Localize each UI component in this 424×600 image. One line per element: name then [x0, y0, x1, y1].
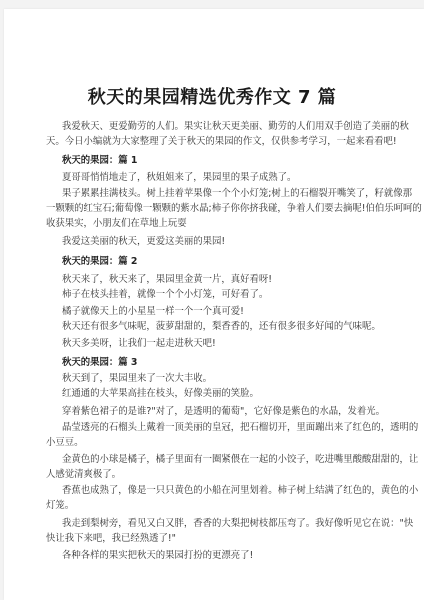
- paragraph-line: 柿子在枝头挂着，就像一个个小灯笼，可好看了。: [62, 289, 268, 301]
- paragraph-line: 小豆豆。: [46, 437, 84, 449]
- paragraph-line: 秋天还有很多气味呢，菠萝甜甜的，梨香香的，还有很多很多好闻的气味呢。: [62, 321, 381, 333]
- paragraph-line: 一颗颗的红宝石;葡萄像一颗颗的紫水晶;柿子你你挤我碰，争着人们要去摘呢!伯伯乐呵…: [46, 203, 422, 215]
- intro-line: 我爱秋天、更爱勤劳的人们。果实让秋天更美丽、勤劳的人们用双手创造了美丽的秋: [62, 121, 409, 133]
- paragraph-line: 红通通的大苹果高挂在枝头，好像美丽的笑脸。: [62, 388, 259, 400]
- intro-line: 天。今日小编就为大家整理了关于秋天的果园的作文，仅供参考学习，一起来看看吧!: [46, 136, 397, 148]
- paragraph-line: 我走到梨树旁，看见又白又胖，香香的大梨把树枝都压弯了。我好像听见它在说："快: [62, 518, 413, 530]
- paragraph-line: 夏哥哥悄悄地走了，秋姐姐来了，果园里的果子成熟了。: [62, 172, 296, 184]
- paragraph-line: 秋天多美呀，让我们一起走进秋天吧!: [62, 338, 216, 350]
- paragraph-line: 金黄色的小球是橘子，橘子里面有一圈紧偎在一起的小饺子，吃进嘴里酸酸甜甜的，让: [62, 454, 418, 466]
- document-title: 秋天的果园精选优秀作文 7 篇: [0, 83, 424, 109]
- paragraph-line: 各种各样的果实把秋天的果园打扮的更漂亮了!: [62, 550, 253, 562]
- paragraph-line: 穿着紫色裙子的是谁?"对了，是透明的葡萄"，它好像是紫色的水晶，发着光。: [62, 406, 385, 418]
- paragraph-line: 灯笼。: [46, 500, 74, 512]
- paragraph-line: 橘子就像天上的小星星一样一个一个真可爱!: [62, 306, 244, 318]
- paragraph-line: 人感觉清爽极了。: [46, 469, 121, 481]
- paragraph-line: 晶莹透亮的石榴头上戴着一顶美丽的皇冠，把石榴切开，里面蹦出来了红色的，透明的: [62, 422, 418, 434]
- paragraph-line: 我爱这美丽的秋天，更爱这美丽的果园!: [62, 236, 225, 248]
- paragraph-line: 果子累累挂满枝头。树上挂着苹果像一个个小灯笼;树上的石榴裂开嘴笑了，籽就像那: [62, 188, 412, 200]
- paragraph-line: 秋天到了，果园里来了一次大丰收。: [62, 373, 212, 385]
- essay-heading: 秋天的果园：篇 3: [62, 357, 137, 369]
- essay-heading: 秋天的果园：篇 2: [62, 256, 137, 268]
- paragraph-line: 香蕉也成熟了，像是一只只黄色的小船在河里划着。柿子树上结满了红色的，黄色的小: [62, 485, 418, 497]
- paragraph-line: 秋天来了，秋天来了，果园里金黄一片，真好看呀!: [62, 274, 272, 286]
- essay-heading: 秋天的果园：篇 1: [62, 155, 137, 167]
- paragraph-line: 收获果实，小朋友们在草地上玩耍: [46, 218, 187, 230]
- paragraph-line: 快让我下来吧，我已经熟透了!": [46, 533, 176, 545]
